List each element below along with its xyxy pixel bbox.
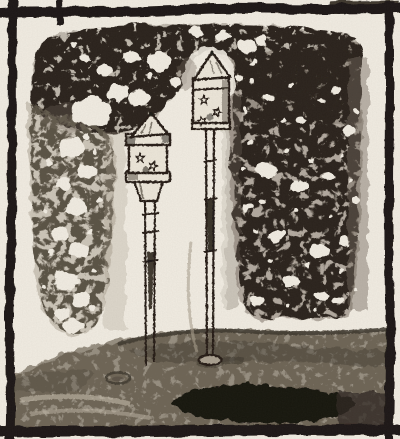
illustration — [0, 0, 400, 439]
illustration-canvas — [0, 0, 400, 439]
paper-grain-overlay — [0, 0, 400, 439]
